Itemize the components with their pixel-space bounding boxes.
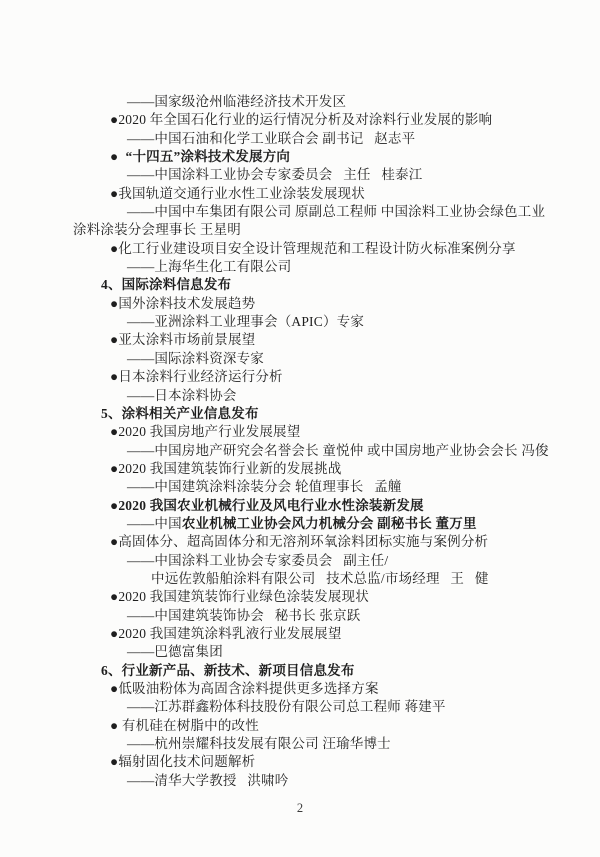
- agenda-line: ——中国涂料工业协会专家委员会 副主任/: [0, 552, 600, 570]
- agenda-line: ——中国房地产研究会名誉会长 童悦仲 或中国房地产业协会会长 冯俊: [0, 442, 600, 460]
- agenda-line: 6、行业新产品、新技术、新项目信息发布: [0, 662, 600, 680]
- agenda-line: ——国际涂料资深专家: [0, 350, 600, 368]
- agenda-line: ●2020 我国农业机械行业及风电行业水性涂装新发展: [0, 497, 600, 515]
- document-content: ——国家级沧州临港经济技术开发区●2020 年全国石化行业的运行情况分析及对涂料…: [0, 0, 600, 790]
- document-page: ——国家级沧州临港经济技术开发区●2020 年全国石化行业的运行情况分析及对涂料…: [0, 0, 600, 857]
- agenda-line: 涂料涂装分会理事长 王星明: [0, 221, 600, 239]
- line-text: ——中国中车集团有限公司 原副总工程师 中国涂料工业协会绿色工业: [127, 204, 545, 219]
- line-text: 我国轨道交通行业水性工业涂装发展现状: [118, 186, 365, 201]
- agenda-line: ——清华大学教授 洪啸吟: [0, 772, 600, 790]
- line-text: ——上海华生化工有限公司: [127, 259, 291, 274]
- agenda-line: ——日本涂料协会: [0, 387, 600, 405]
- line-text: 亚太涂料市场前景展望: [118, 332, 255, 347]
- agenda-line: ——上海华生化工有限公司: [0, 258, 600, 276]
- line-text: ——中国涂料工业协会专家委员会 主任 桂泰江: [127, 167, 422, 182]
- line-text: ——中国涂料工业协会专家委员会 副主任/: [127, 553, 388, 568]
- line-text: 2020 我国建筑涂料乳液行业发展展望: [118, 626, 341, 641]
- line-text: ——巴德富集团: [127, 644, 223, 659]
- line-text: 农业机械工业协会风力机械分会 副秘书长 董万里: [182, 516, 477, 531]
- line-text: ——国际涂料资深专家: [127, 351, 264, 366]
- line-text: ——江苏群鑫粉体科技股份有限公司总工程师 蒋建平: [127, 699, 446, 714]
- line-text: “十四五”涂料技术发展方向: [118, 149, 290, 164]
- line-text: ——国家级沧州临港经济技术开发区: [127, 94, 346, 109]
- agenda-line: ——中国建筑涂料涂装分会 轮值理事长 孟艟: [0, 478, 600, 496]
- line-text: ——中国房地产研究会名誉会长 童悦仲 或中国房地产业协会会长 冯俊: [127, 443, 549, 458]
- agenda-line: ●低吸油粉体为高固含涂料提供更多选择方案: [0, 680, 600, 698]
- line-text: ——亚洲涂料工业理事会（APIC）专家: [127, 314, 364, 329]
- line-text: 2020 我国房地产行业发展展望: [118, 424, 300, 439]
- agenda-line: ——中国石油和化学工业联合会 副书记 赵志平: [0, 130, 600, 148]
- line-text: 国外涂料技术发展趋势: [118, 296, 255, 311]
- line-text: ——杭州崇耀科技发展有限公司 汪瑜华博士: [127, 736, 391, 751]
- agenda-line: ●国外涂料技术发展趋势: [0, 295, 600, 313]
- agenda-line: ●2020 年全国石化行业的运行情况分析及对涂料行业发展的影响: [0, 111, 600, 129]
- agenda-line: ——巴德富集团: [0, 643, 600, 661]
- agenda-line: ●2020 我国建筑装饰行业绿色涂装发展现状: [0, 588, 600, 606]
- agenda-line: ——中国农业机械工业协会风力机械分会 副秘书长 董万里: [0, 515, 600, 533]
- line-text: 涂料涂装分会理事长 王星明: [73, 222, 241, 237]
- agenda-line: ●2020 我国建筑涂料乳液行业发展展望: [0, 625, 600, 643]
- agenda-line: ●2020 我国房地产行业发展展望: [0, 423, 600, 441]
- agenda-line: ——亚洲涂料工业理事会（APIC）专家: [0, 313, 600, 331]
- agenda-line: ——国家级沧州临港经济技术开发区: [0, 93, 600, 111]
- line-text: 中远佐敦船舶涂料有限公司 技术总监/市场经理 王 健: [151, 571, 489, 586]
- line-text: 2020 我国农业机械行业及风电行业水性涂装新发展: [118, 498, 423, 513]
- line-text: 化工行业建设项目安全设计管理规范和工程设计防火标准案例分享: [118, 241, 515, 256]
- agenda-line: ● “十四五”涂料技术发展方向: [0, 148, 600, 166]
- line-text: 5、涂料相关产业信息发布: [101, 406, 259, 421]
- agenda-line: 4、国际涂料信息发布: [0, 276, 600, 294]
- line-text: 6、行业新产品、新技术、新项目信息发布: [101, 663, 355, 678]
- line-text: 有机硅在树脂中的改性: [118, 718, 259, 733]
- page-number: 2: [0, 801, 600, 816]
- agenda-line: ——中国涂料工业协会专家委员会 主任 桂泰江: [0, 166, 600, 184]
- agenda-line: ●亚太涂料市场前景展望: [0, 331, 600, 349]
- agenda-line: ●我国轨道交通行业水性工业涂装发展现状: [0, 185, 600, 203]
- line-text: 2020 年全国石化行业的运行情况分析及对涂料行业发展的影响: [118, 112, 492, 127]
- agenda-line: ●辐射固化技术问题解析: [0, 753, 600, 771]
- agenda-line: ——中国中车集团有限公司 原副总工程师 中国涂料工业协会绿色工业: [0, 203, 600, 221]
- agenda-line: 5、涂料相关产业信息发布: [0, 405, 600, 423]
- line-text: ——中国建筑涂料涂装分会 轮值理事长 孟艟: [127, 479, 402, 494]
- line-text: ——中国石油和化学工业联合会 副书记 赵志平: [127, 131, 415, 146]
- agenda-line: ●化工行业建设项目安全设计管理规范和工程设计防火标准案例分享: [0, 240, 600, 258]
- agenda-line: ——江苏群鑫粉体科技股份有限公司总工程师 蒋建平: [0, 698, 600, 716]
- line-text: 4、国际涂料信息发布: [101, 277, 231, 292]
- line-text: 2020 我国建筑装饰行业绿色涂装发展现状: [118, 589, 369, 604]
- agenda-line: ——杭州崇耀科技发展有限公司 汪瑜华博士: [0, 735, 600, 753]
- agenda-line: ●2020 我国建筑装饰行业新的发展挑战: [0, 460, 600, 478]
- line-text: 辐射固化技术问题解析: [118, 754, 255, 769]
- agenda-line: ● 有机硅在树脂中的改性: [0, 717, 600, 735]
- agenda-line: ——中国建筑装饰协会 秘书长 张京跃: [0, 607, 600, 625]
- line-text: 日本涂料行业经济运行分析: [118, 369, 282, 384]
- agenda-line: ●日本涂料行业经济运行分析: [0, 368, 600, 386]
- agenda-line: 中远佐敦船舶涂料有限公司 技术总监/市场经理 王 健: [0, 570, 600, 588]
- line-text: ——中国建筑装饰协会 秘书长 张京跃: [127, 608, 361, 623]
- line-text: ——中国: [127, 516, 182, 531]
- line-text: 低吸油粉体为高固含涂料提供更多选择方案: [118, 681, 378, 696]
- line-text: ——日本涂料协会: [127, 388, 237, 403]
- line-text: 2020 我国建筑装饰行业新的发展挑战: [118, 461, 341, 476]
- line-text: 高固体分、超高固体分和无溶剂环氧涂料团标实施与案例分析: [118, 534, 488, 549]
- line-text: ——清华大学教授 洪啸吟: [127, 773, 288, 788]
- agenda-line: ●高固体分、超高固体分和无溶剂环氧涂料团标实施与案例分析: [0, 533, 600, 551]
